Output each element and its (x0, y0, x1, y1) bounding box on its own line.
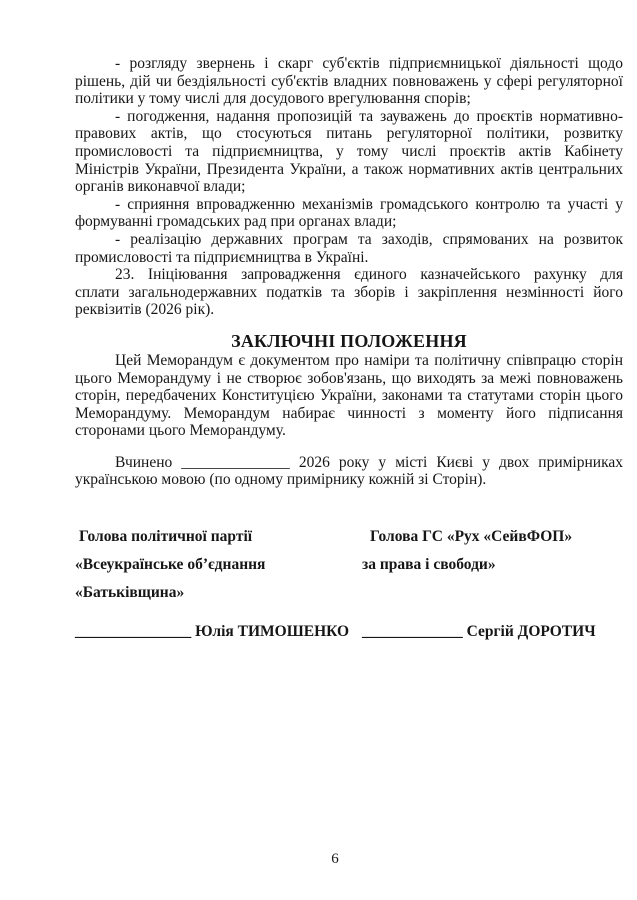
text-line: формуванні громадських рад при органах в… (75, 213, 623, 231)
text-line: промисловості та підприємництва в Україн… (75, 249, 623, 267)
text-line: - сприяння впровадженню механізмів грома… (75, 196, 623, 214)
signature-title-right-ngo-head: Голова ГС «Рух «СейвФОП»за права і свобо… (362, 523, 623, 607)
text-line: сторонами цього Меморандуму. (75, 422, 623, 440)
text-line: реквізитів (2026 рік). (75, 301, 623, 319)
text-line: «Батьківщина» (75, 579, 362, 607)
text-line: Міністрів України, Президента України, а… (75, 161, 623, 179)
text-line: за права і свободи» (362, 551, 623, 579)
text-line: 23. Ініціювання запровадження єдиного ка… (75, 266, 623, 284)
document-body: - розгляду звернень і скарг суб'єктів пі… (75, 55, 623, 643)
text-line: промисловості та підприємництва, у тому … (75, 143, 623, 161)
signature-line-dorotych: _____________ Сергій ДОРОТИЧ (362, 621, 623, 643)
signature-line-tymoshenko: _______________ Юлія ТИМОШЕНКО (75, 621, 362, 643)
paragraph-review-of-complaints: - розгляду звернень і скарг суб'єктів пі… (75, 55, 623, 108)
text-line: сплати загальнодержавних податків та збо… (75, 284, 623, 302)
signature-titles-block: Голова політичної партії«Всеукраїнське о… (75, 523, 623, 607)
signature-title-left-party-head: Голова політичної партії«Всеукраїнське о… (75, 523, 362, 607)
paragraph-state-programs: - реалізацію державних програм та заході… (75, 231, 623, 266)
paragraph-approval-of-drafts: - погодження, надання пропозицій та заув… (75, 108, 623, 196)
paragraph-item-23-treasury-account: 23. Ініціювання запровадження єдиного ка… (75, 266, 623, 319)
signature-lines-row: _______________ Юлія ТИМОШЕНКО _________… (75, 621, 623, 643)
text-line: сторін, передбачених Конституцією Україн… (75, 387, 623, 405)
text-line: українською мовою (по одному примірнику … (75, 471, 623, 489)
text-line: Голова політичної партії (75, 523, 362, 551)
paragraph-execution-clause: Вчинено ______________ 2026 року у місті… (75, 454, 623, 489)
text-line: - реалізацію державних програм та заході… (75, 231, 623, 249)
section-heading-final-provisions: ЗАКЛЮЧНІ ПОЛОЖЕННЯ (75, 331, 623, 352)
text-line: Голова ГС «Рух «СейвФОП» (362, 523, 623, 551)
text-line: рішень, дій чи бездіяльності суб'єктів в… (75, 73, 623, 91)
text-line: Меморандуму. Меморандум набирає чинності… (75, 405, 623, 423)
text-line: органів виконавчої влади; (75, 178, 623, 196)
text-line: правових актів, що стосуються питань рег… (75, 125, 623, 143)
text-line: «Всеукраїнське об’єднання (75, 551, 362, 579)
text-line: Цей Меморандум є документом про наміри т… (75, 352, 623, 370)
page-number: 6 (75, 851, 595, 868)
text-line: - погодження, надання пропозицій та заув… (75, 108, 623, 126)
text-line: політики у тому числі для досудового вре… (75, 90, 623, 108)
paragraph-final-provisions: Цей Меморандум є документом про наміри т… (75, 352, 623, 440)
text-line: Вчинено ______________ 2026 року у місті… (75, 454, 623, 472)
text-line: цього Меморандуму і не створює зобов'яза… (75, 370, 623, 388)
paragraph-public-control: - сприяння впровадженню механізмів грома… (75, 196, 623, 231)
text-line: - розгляду звернень і скарг суб'єктів пі… (75, 55, 623, 73)
